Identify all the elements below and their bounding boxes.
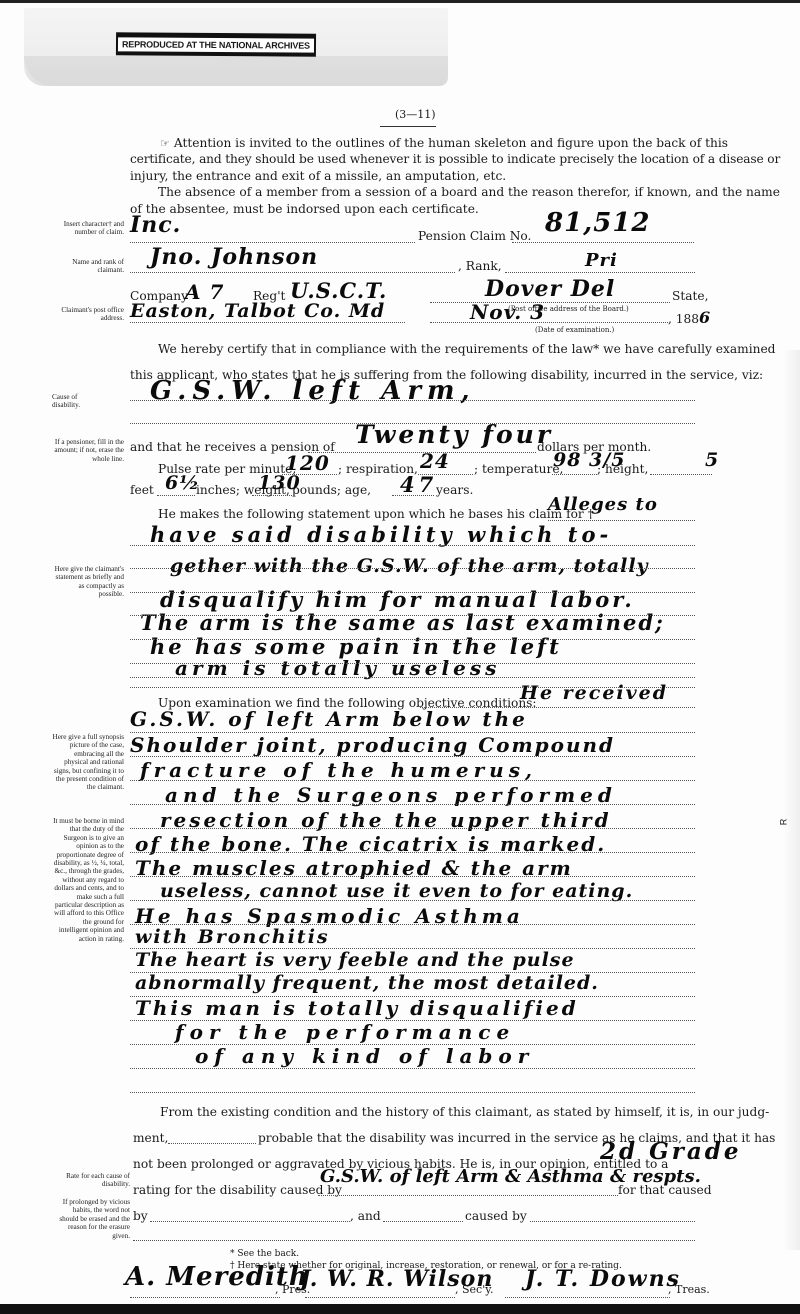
statement-rule-3	[130, 592, 695, 593]
name-line	[130, 272, 455, 273]
exam-line-3: fracture of the humerus,	[140, 758, 537, 782]
margin-note-claim: Insert character† and number of claim.	[52, 220, 124, 237]
height-inches-line	[157, 495, 195, 496]
scan-tape-shadow-lower	[24, 56, 448, 86]
opinion-line-1: From the existing condition and the hist…	[160, 1106, 769, 1118]
margin-note-synopsis: Here give a full synopsis picture of the…	[52, 733, 124, 792]
exam-rule-8	[130, 900, 695, 901]
claim-character: Inc.	[130, 212, 181, 238]
exam-line-1: G.S.W. of left Arm below the	[130, 707, 528, 731]
pension-claim-line	[512, 242, 694, 243]
height-label: ; height,	[597, 463, 648, 475]
intro-text: Attention is invited to the outlines of …	[174, 136, 728, 150]
statement-line-3: disqualify him for manual labor.	[160, 587, 635, 612]
respiration-value: 24	[420, 449, 450, 473]
opinion-caused-by-label: caused by	[465, 1210, 527, 1222]
exam-rule-15	[130, 1068, 695, 1069]
disability-caused-line	[318, 1195, 618, 1196]
height-inches-value: 6½	[165, 472, 200, 494]
exam-line-13: This man is totally disqualified	[135, 996, 579, 1020]
pointing-hand-icon: ☞	[160, 137, 170, 150]
exam-rule-5	[130, 828, 695, 829]
exam-line-0: He received	[520, 682, 668, 704]
claimant-name: Jno. Johnson	[150, 244, 318, 270]
scan-bottom-border	[0, 1304, 800, 1314]
exam-rule-10	[130, 948, 695, 949]
claimant-address: Easton, Talbot Co. Md	[130, 300, 385, 322]
exam-rule-0	[420, 707, 695, 708]
statement-rule-5	[130, 639, 695, 640]
pension-claim-label: Pension Claim No.	[418, 230, 531, 242]
treasurer-label: , Treas.	[668, 1284, 710, 1295]
exam-rule-top	[130, 677, 695, 678]
claimant-address-line	[130, 322, 405, 323]
pounds-label: pounds; age,	[292, 484, 371, 496]
margin-note-cause: Cause of disability.	[52, 393, 107, 410]
treasurer-line	[505, 1297, 670, 1298]
by-line	[150, 1221, 350, 1222]
right-edge-mark: R	[778, 819, 788, 826]
exam-line-11: The heart is very feeble and the pulse	[135, 949, 575, 971]
form-number-rule	[380, 126, 436, 127]
exam-line-8: useless, cannot use it even to for eatin…	[160, 880, 633, 902]
pension-claim-number: 81,512	[545, 208, 651, 238]
cause-line-1	[130, 400, 695, 401]
exam-rule-4	[130, 804, 695, 805]
statement-rule-1	[130, 545, 695, 546]
president-line	[130, 1297, 280, 1298]
exam-rule-7	[130, 876, 695, 877]
exam-line-15: of any kind of labor	[195, 1044, 534, 1068]
feet-label: feet	[130, 484, 154, 496]
exam-line-10: with Bronchitis	[135, 926, 330, 948]
year-suffix: 6	[699, 308, 711, 327]
statement-line-4: The arm is the same as last examined;	[140, 610, 665, 635]
temperature-line	[552, 474, 597, 475]
secretary-label: , Sec'y.	[455, 1284, 493, 1295]
scan-top-border	[0, 0, 800, 3]
footnote-see-back: * See the back.	[230, 1249, 299, 1259]
intro-line-2: certificate, and they should be used whe…	[130, 153, 780, 165]
caused-by-line	[530, 1221, 695, 1222]
weight-line	[252, 495, 292, 496]
statement-line-0: Alleges to	[548, 494, 658, 515]
claim-character-line	[130, 242, 415, 243]
exam-rule-6	[130, 852, 695, 853]
margin-note-statement: Here give the claimant's statement as br…	[52, 565, 124, 599]
rank-label: , Rank,	[458, 260, 502, 272]
intro-line-1: ☞Attention is invited to the outlines of…	[160, 137, 728, 149]
years-label: years.	[436, 484, 473, 496]
year-prefix: , 1886	[668, 310, 711, 326]
exam-rule-2	[130, 756, 695, 757]
statement-rule-2	[130, 568, 695, 569]
statement-line-1: have said disability which to-	[150, 522, 612, 547]
statement-rule-0	[548, 520, 695, 521]
pension-certificate-page: REPRODUCED AT THE NATIONAL ARCHIVES (3—1…	[0, 0, 800, 1314]
rating-grade: 2d Grade	[600, 1138, 741, 1165]
certification-line-1: We hereby certify that in compliance wit…	[158, 343, 775, 355]
height-feet-value: 5	[705, 449, 719, 471]
cause-of-disability: G.S.W. left Arm,	[150, 376, 476, 406]
year-prefix-text: , 188	[668, 312, 699, 326]
exam-rule-16	[130, 1092, 695, 1093]
exam-rule-14	[130, 1044, 695, 1045]
temperature-label: ; temperature,	[474, 463, 563, 475]
extra-line	[133, 1240, 695, 1241]
age-value: 47	[400, 472, 437, 497]
form-number: (3—11)	[395, 108, 436, 121]
intro-line-3: injury, the entrance and exit of a missi…	[130, 170, 506, 182]
board-address-line	[430, 302, 670, 303]
exam-date: Nov. 3	[470, 300, 545, 324]
opinion-line-4-pre: rating for the disability caused by	[133, 1184, 342, 1196]
height-line	[650, 474, 712, 475]
page-edge-shadow	[782, 350, 800, 1250]
exam-rule-11	[130, 972, 695, 973]
exam-date-caption: (Date of examination.)	[535, 326, 614, 334]
probable-blank	[168, 1143, 256, 1144]
opinion-by-label: by	[133, 1210, 148, 1222]
state-label: State,	[672, 290, 709, 302]
exam-rule-3	[130, 780, 695, 781]
exam-rule-13	[130, 1020, 695, 1021]
exam-rule-9	[130, 924, 695, 925]
exam-rule-1	[130, 732, 695, 733]
rank: Pri	[585, 250, 618, 271]
rank-line	[505, 272, 695, 273]
margin-note-rate: Rate for each cause of disability.	[52, 1172, 130, 1189]
exam-line-14: for the performance	[175, 1020, 515, 1044]
statement-label: He makes the following statement upon wh…	[158, 508, 594, 520]
secretary-line	[305, 1297, 455, 1298]
board-address: Dover Del	[485, 276, 615, 302]
intro-line-4: The absence of a member from a session o…	[158, 186, 780, 198]
margin-note-address: Claimant's post office address.	[52, 306, 124, 323]
opinion-and-label: , and	[350, 1210, 381, 1222]
archive-stamp: REPRODUCED AT THE NATIONAL ARCHIVES	[116, 32, 316, 56]
statement-rule-4	[130, 615, 695, 616]
exam-rule-12	[130, 996, 695, 997]
and-line	[383, 1221, 463, 1222]
margin-note-name: Name and rank of claimant.	[52, 258, 124, 275]
signature-treasurer: J. T. Downs	[525, 1266, 681, 1292]
exam-line-2: Shoulder joint, producing Compound	[130, 733, 615, 757]
exam-date-line	[430, 322, 668, 323]
statement-line-2: gether with the G.S.W. of the arm, total…	[170, 555, 649, 577]
intro-line-5: of the absentee, must be indorsed upon e…	[130, 203, 479, 215]
exam-line-12: abnormally frequent, the most detailed.	[135, 972, 599, 994]
opinion-line-2-pre: ment,	[133, 1132, 168, 1144]
pension-amount: Twenty four	[355, 420, 553, 449]
statement-rule-6	[130, 663, 695, 664]
age-line	[392, 495, 434, 496]
margin-note-duty: It must be borne in mind that the duty o…	[52, 817, 124, 943]
margin-note-vicious: If prolonged by vicious habits, the word…	[52, 1198, 130, 1240]
margin-note-pension: If a pensioner, fill in the amount; if n…	[52, 438, 124, 463]
opinion-line-4-post: for that caused	[618, 1184, 712, 1196]
